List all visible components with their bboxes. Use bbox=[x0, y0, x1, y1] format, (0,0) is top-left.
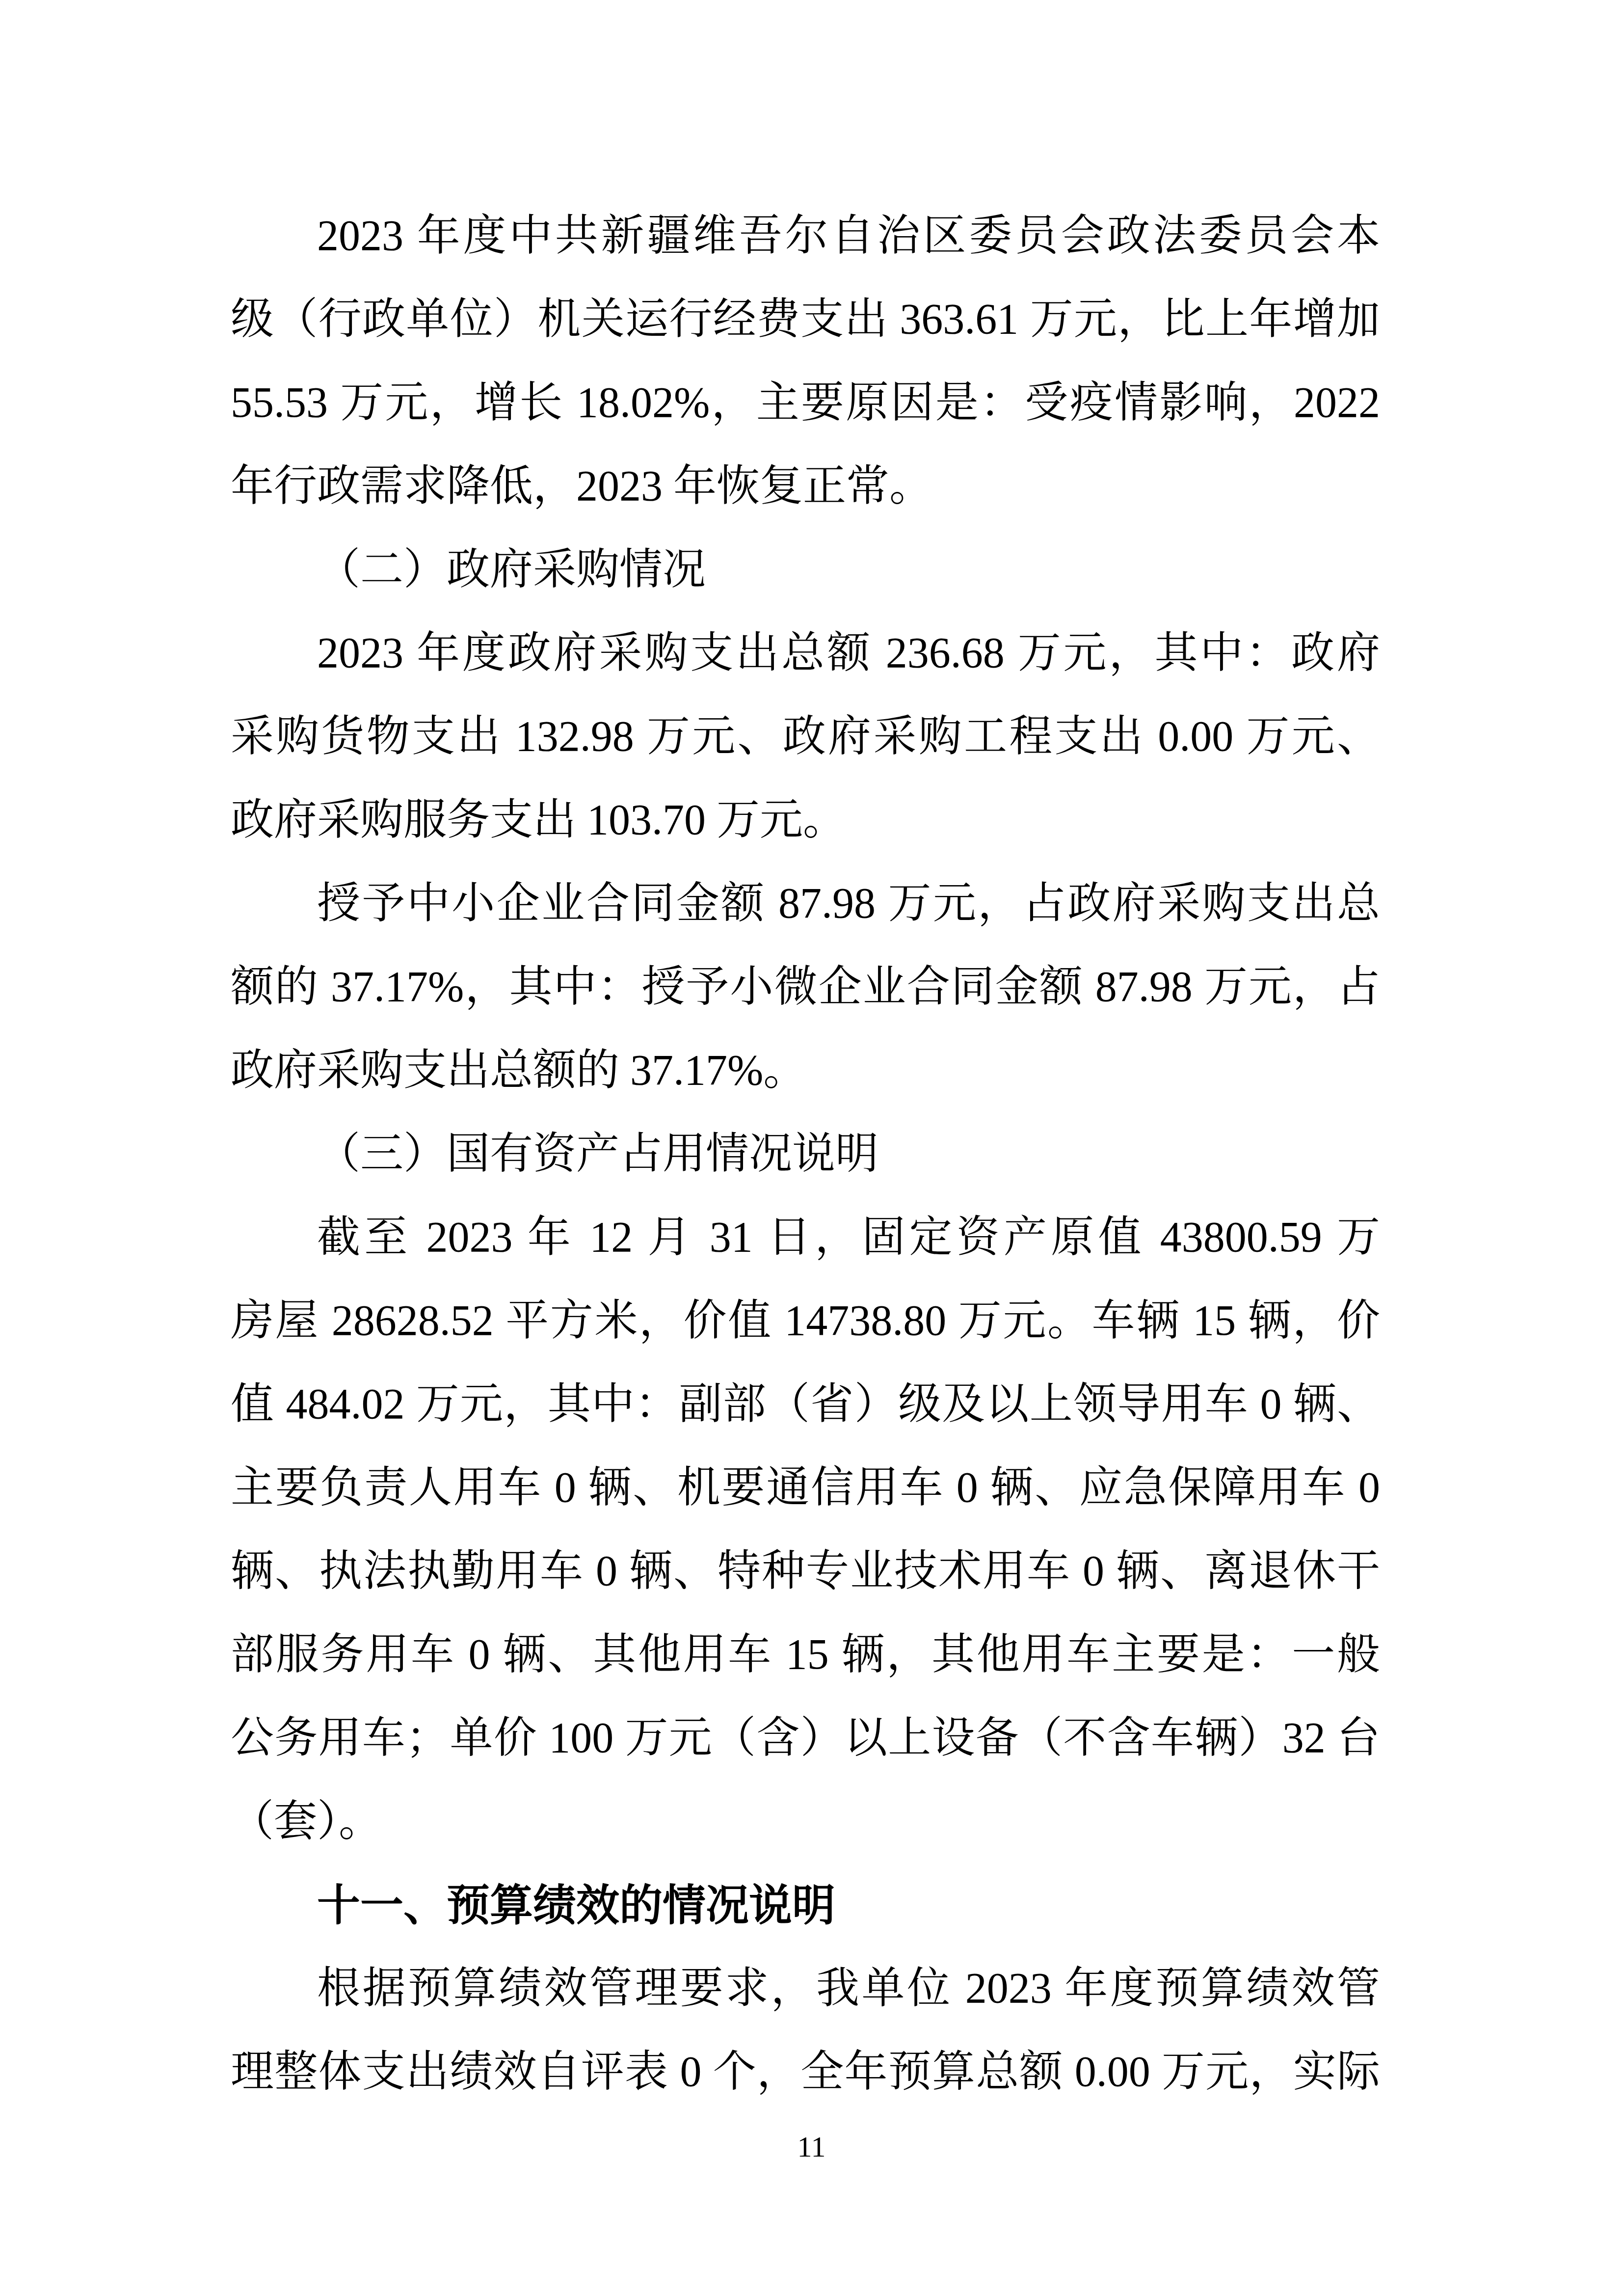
para-line: （套）。 bbox=[231, 1780, 1380, 1864]
para-line: 公务用车；单价 100 万元（含）以上设备（不含车辆）32 台 bbox=[231, 1697, 1380, 1780]
subsection-heading-procurement: （二）政府采购情况 bbox=[231, 528, 1380, 612]
para-line: 授予中小企业合同金额 87.98 万元，占政府采购支出总 bbox=[231, 862, 1380, 945]
para-line: 级（行政单位）机关运行经费支出 363.61 万元，比上年增加 bbox=[231, 278, 1380, 361]
para-line: 根据预算绩效管理要求，我单位 2023 年度预算绩效管 bbox=[231, 1947, 1380, 2030]
section-heading-budget-performance: 十一、预算绩效的情况说明 bbox=[231, 1864, 1380, 1947]
page-number: 11 bbox=[0, 2129, 1623, 2165]
para-line: 2023 年度政府采购支出总额 236.68 万元，其中：政府 bbox=[231, 612, 1380, 695]
para-line: 辆、执法执勤用车 0 辆、特种专业技术用车 0 辆、离退休干 bbox=[231, 1530, 1380, 1613]
para-line: 55.53 万元，增长 18.02%，主要原因是：受疫情影响，2022 bbox=[231, 361, 1380, 445]
para-line: 政府采购支出总额的 37.17%。 bbox=[231, 1029, 1380, 1112]
para-line: 理整体支出绩效自评表 0 个，全年预算总额 0.00 万元，实际 bbox=[231, 2030, 1380, 2114]
para-line: 额的 37.17%，其中：授予小微企业合同金额 87.98 万元，占 bbox=[231, 945, 1380, 1029]
para-line: 截至 2023 年 12 月 31 日，固定资产原值 43800.59 万元， bbox=[231, 1196, 1380, 1279]
para-line: 政府采购服务支出 103.70 万元。 bbox=[231, 779, 1380, 862]
document-page: 2023 年度中共新疆维吾尔自治区委员会政法委员会本 级（行政单位）机关运行经费… bbox=[0, 0, 1623, 2296]
para-line: 主要负责人用车 0 辆、机要通信用车 0 辆、应急保障用车 0 bbox=[231, 1446, 1380, 1530]
para-line: 房屋 28628.52 平方米，价值 14738.80 万元。车辆 15 辆，价 bbox=[231, 1279, 1380, 1363]
para-line: 采购货物支出 132.98 万元、政府采购工程支出 0.00 万元、 bbox=[231, 695, 1380, 779]
para-line: 年行政需求降低，2023 年恢复正常。 bbox=[231, 445, 1380, 528]
para-line: 部服务用车 0 辆、其他用车 15 辆，其他用车主要是：一般 bbox=[231, 1613, 1380, 1697]
document-body: 2023 年度中共新疆维吾尔自治区委员会政法委员会本 级（行政单位）机关运行经费… bbox=[231, 194, 1380, 2114]
subsection-heading-state-assets: （三）国有资产占用情况说明 bbox=[231, 1112, 1380, 1196]
para-line: 2023 年度中共新疆维吾尔自治区委员会政法委员会本 bbox=[231, 194, 1380, 278]
para-line: 值 484.02 万元，其中：副部（省）级及以上领导用车 0 辆、 bbox=[231, 1363, 1380, 1446]
